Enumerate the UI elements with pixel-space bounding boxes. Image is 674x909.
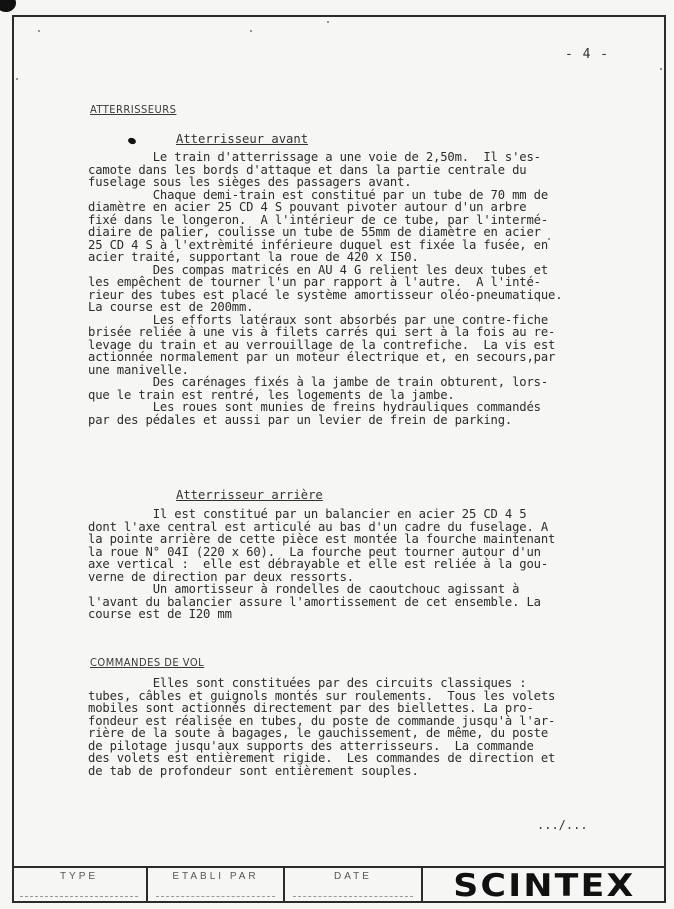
text-line: axe vertical : elle est débrayable et el… <box>88 558 555 571</box>
scan-speck <box>16 78 18 80</box>
scan-speck <box>660 68 662 70</box>
title-block-footer: TYPE ETABLI PAR DATE SCINTEX <box>12 866 666 903</box>
text-line: La course est de 200mm. <box>88 301 562 314</box>
text-line: de tab de profondeur sont entièrement so… <box>88 765 555 778</box>
text-line: diamètre en acier 25 CD 4 S pouvant pivo… <box>88 201 562 214</box>
text-line: Des carénages fixés à la jambe de train … <box>88 376 562 389</box>
text-line: Les roues sont munies de freins hydrauli… <box>88 401 562 414</box>
section-title-atterrisseurs: ATTERRISSEURS <box>90 103 176 117</box>
text-line: les empêchent de tourner l'un par rappor… <box>88 276 562 289</box>
text-line: Elles sont constituées par des circuits … <box>88 677 555 690</box>
footer-cell-type: TYPE <box>12 868 148 903</box>
text-line: mobiles sont actionnés directement par d… <box>88 702 555 715</box>
paragraph-block-avant: Le train d'atterrissage a une voie de 2,… <box>88 151 562 426</box>
footer-label-etabli-par: ETABLI PAR <box>148 871 283 882</box>
text-line: Le train d'atterrissage a une voie de 2,… <box>88 151 562 164</box>
footer-fill-line <box>293 896 413 897</box>
text-line: la pointe arrière de cette pièce est mon… <box>88 533 555 546</box>
footer-cell-logo: SCINTEX <box>423 868 666 903</box>
text-line: diaire de palier, coulisse un tube de 55… <box>88 226 562 239</box>
page-number: - 4 - <box>565 47 609 62</box>
footer-label-date: DATE <box>285 871 421 882</box>
text-line: course est de I20 mm <box>88 608 555 621</box>
text-line: Il est constitué par un balancier en aci… <box>88 508 555 521</box>
text-line: par des pédales et aussi par un levier d… <box>88 414 562 427</box>
text-line: fuselage sous les sièges des passagers a… <box>88 176 562 189</box>
text-line: des volets est entièrement rigide. Les c… <box>88 752 555 765</box>
text-line: Un amortisseur à rondelles de caoutchouc… <box>88 583 555 596</box>
section-title-commandes-de-vol: COMMANDES DE VOL <box>90 656 204 670</box>
footer-cell-etabli-par: ETABLI PAR <box>148 868 285 903</box>
footer-cell-date: DATE <box>285 868 423 903</box>
text-line: rière de la soute à bagages, le gauchiss… <box>88 727 555 740</box>
scan-speck <box>548 238 550 240</box>
scan-speck <box>327 21 329 23</box>
footer-label-type: TYPE <box>12 871 146 882</box>
text-line: actionnée normalement par un moteur élec… <box>88 351 562 364</box>
scintex-logo: SCINTEX <box>453 868 635 904</box>
paragraph-block-arriere: Il est constitué par un balancier en aci… <box>88 508 555 621</box>
footer-fill-line <box>156 896 275 897</box>
continuation-mark: .../... <box>537 818 588 832</box>
subsection-title-avant: Atterrisseur avant <box>176 132 308 146</box>
paragraph-block-commandes: Elles sont constituées par des circuits … <box>88 677 555 777</box>
scan-speck <box>38 30 40 32</box>
footer-fill-line <box>20 896 138 897</box>
text-line: brisée reliée à une vis à filets carrés … <box>88 326 562 339</box>
scan-speck <box>250 30 252 32</box>
subsection-title-arriere: Atterrisseur arrière <box>176 488 323 502</box>
text-line: acier traité, supportant la roue de 420 … <box>88 251 562 264</box>
